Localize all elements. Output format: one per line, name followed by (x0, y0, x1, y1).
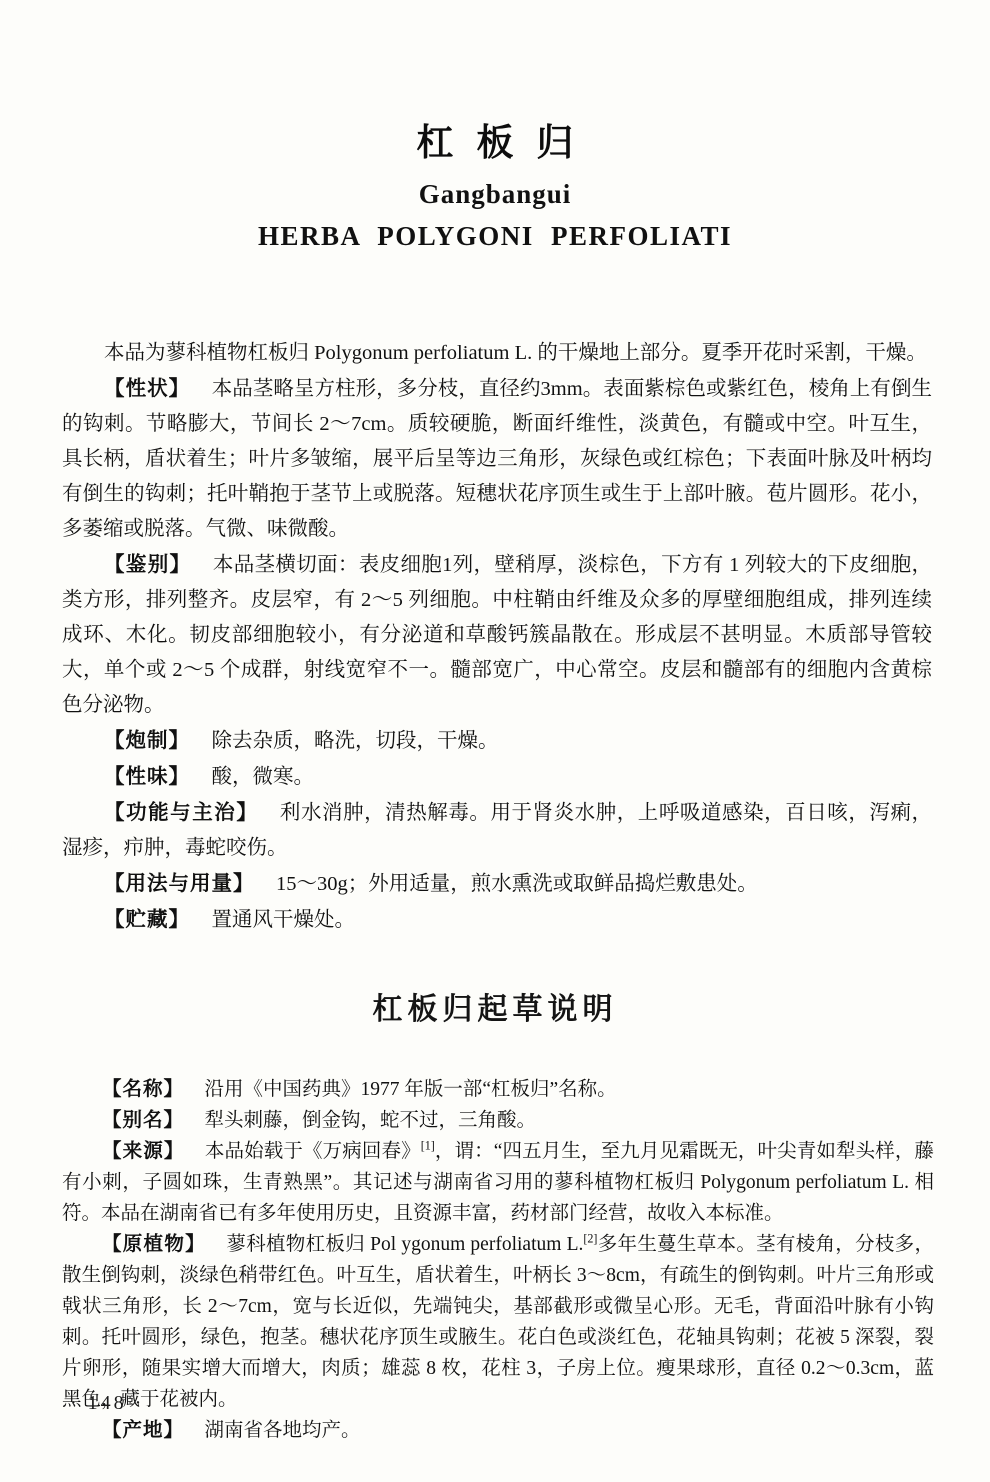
citation-superscript-2: [2] (583, 1232, 597, 1246)
section-label: 【原植物】 (102, 1233, 206, 1255)
intro-text: 本品为蓼科植物杠板归 Polygonum perfoliatum L. 的干燥地… (104, 342, 927, 364)
section-label: 【来源】 (102, 1140, 184, 1162)
section-text: ，谓：“四五月生，至九月见霜既无，叶尖青如犁头样，藤有小刺，子圆如珠，生青熟黑”… (62, 1141, 934, 1224)
section-laiyuan: 【来源】本品始载于《万病回春》[1]，谓：“四五月生，至九月见霜既无，叶尖青如犁… (62, 1136, 934, 1229)
draft-notes-body: 【名称】沿用《中国药典》1977 年版一部“杠板归”名称。 【别名】犁头刺藤，倒… (62, 1074, 934, 1446)
section-label: 【炮制】 (104, 729, 190, 752)
section-paozhi: 【炮制】除去杂质，略洗，切段，干燥。 (62, 723, 932, 759)
section-label: 【用法与用量】 (104, 872, 255, 895)
section-text: 蓼科植物杠板归 Pol ygonum perfoliatum L. (226, 1234, 583, 1255)
section-label: 【性状】 (104, 377, 190, 400)
section-label: 【性味】 (104, 765, 190, 788)
section-zhucang: 【贮藏】置通风干燥处。 (62, 902, 932, 938)
citation-superscript-1: [1] (421, 1139, 435, 1153)
section-label: 【别名】 (102, 1109, 184, 1131)
section-text: 置通风干燥处。 (212, 909, 356, 931)
section-yuanzhiwu: 【原植物】蓼科植物杠板归 Pol ygonum perfoliatum L.[2… (62, 1229, 934, 1415)
section-text: 本品始载于《万病回春》 (205, 1141, 421, 1162)
section-text: 犁头刺藤，倒金钩，蛇不过，三角酸。 (204, 1110, 536, 1131)
title-block: 杠板归 Gangbangui HERBA POLYGONI PERFOLIATI (0, 0, 990, 252)
section-jianbie: 【鉴别】本品茎横切面：表皮细胞1列，壁稍厚，淡棕色，下方有 1 列较大的下皮细胞… (62, 547, 932, 723)
section-xingwei: 【性味】酸，微寒。 (62, 759, 932, 795)
page-number: · 148 · (70, 1392, 144, 1415)
section-text: 15～30g；外用适量，煎水熏洗或取鲜品捣烂敷患处。 (276, 873, 758, 895)
section-label: 【鉴别】 (104, 553, 191, 576)
section-text: 湖南省各地均产。 (204, 1420, 360, 1441)
section-gongneng-zhuzhi: 【功能与主治】利水消肿，清热解毒。用于肾炎水肿，上呼吸道感染，百日咳，泻痢，湿疹… (62, 795, 932, 866)
document-page: 杠板归 Gangbangui HERBA POLYGONI PERFOLIATI… (0, 0, 990, 1482)
section-mingcheng: 【名称】沿用《中国药典》1977 年版一部“杠板归”名称。 (62, 1074, 934, 1105)
page-title: 杠板归 (0, 112, 990, 166)
section-xingzhuang: 【性状】本品茎略呈方柱形，多分枝，直径约3mm。表面紫棕色或紫红色，棱角上有倒生… (62, 371, 932, 547)
section-label: 【产地】 (102, 1419, 184, 1441)
section-text: 本品茎横切面：表皮细胞1列，壁稍厚，淡棕色，下方有 1 列较大的下皮细胞，类方形… (62, 554, 932, 716)
monograph-body: 本品为蓼科植物杠板归 Polygonum perfoliatum L. 的干燥地… (62, 336, 932, 938)
section-text: 多年生蔓生草本。茎有棱角，分枝多，散生倒钩刺，淡绿色稍带红色。叶互生，盾状着生，… (62, 1234, 934, 1410)
section-bieming: 【别名】犁头刺藤，倒金钩，蛇不过，三角酸。 (62, 1105, 934, 1136)
section-chandi: 【产地】湖南省各地均产。 (62, 1415, 934, 1446)
section-text: 沿用《中国药典》1977 年版一部“杠板归”名称。 (204, 1079, 616, 1100)
section-label: 【贮藏】 (104, 908, 190, 931)
section-text: 酸，微寒。 (212, 766, 315, 788)
section-yongfa-yongliang: 【用法与用量】15～30g；外用适量，煎水熏洗或取鲜品捣烂敷患处。 (62, 866, 932, 902)
page-title-latin: HERBA POLYGONI PERFOLIATI (0, 221, 990, 252)
section-label: 【功能与主治】 (104, 801, 258, 824)
section-text: 除去杂质，略洗，切段，干燥。 (212, 730, 499, 752)
section-text: 本品茎略呈方柱形，多分枝，直径约3mm。表面紫棕色或紫红色，棱角上有倒生的钩刺。… (62, 378, 932, 540)
section-label: 【名称】 (102, 1078, 184, 1100)
intro-paragraph: 本品为蓼科植物杠板归 Polygonum perfoliatum L. 的干燥地… (62, 336, 932, 371)
page-title-pinyin: Gangbangui (0, 179, 990, 210)
draft-notes-heading: 杠板归起草说明 (0, 984, 990, 1028)
